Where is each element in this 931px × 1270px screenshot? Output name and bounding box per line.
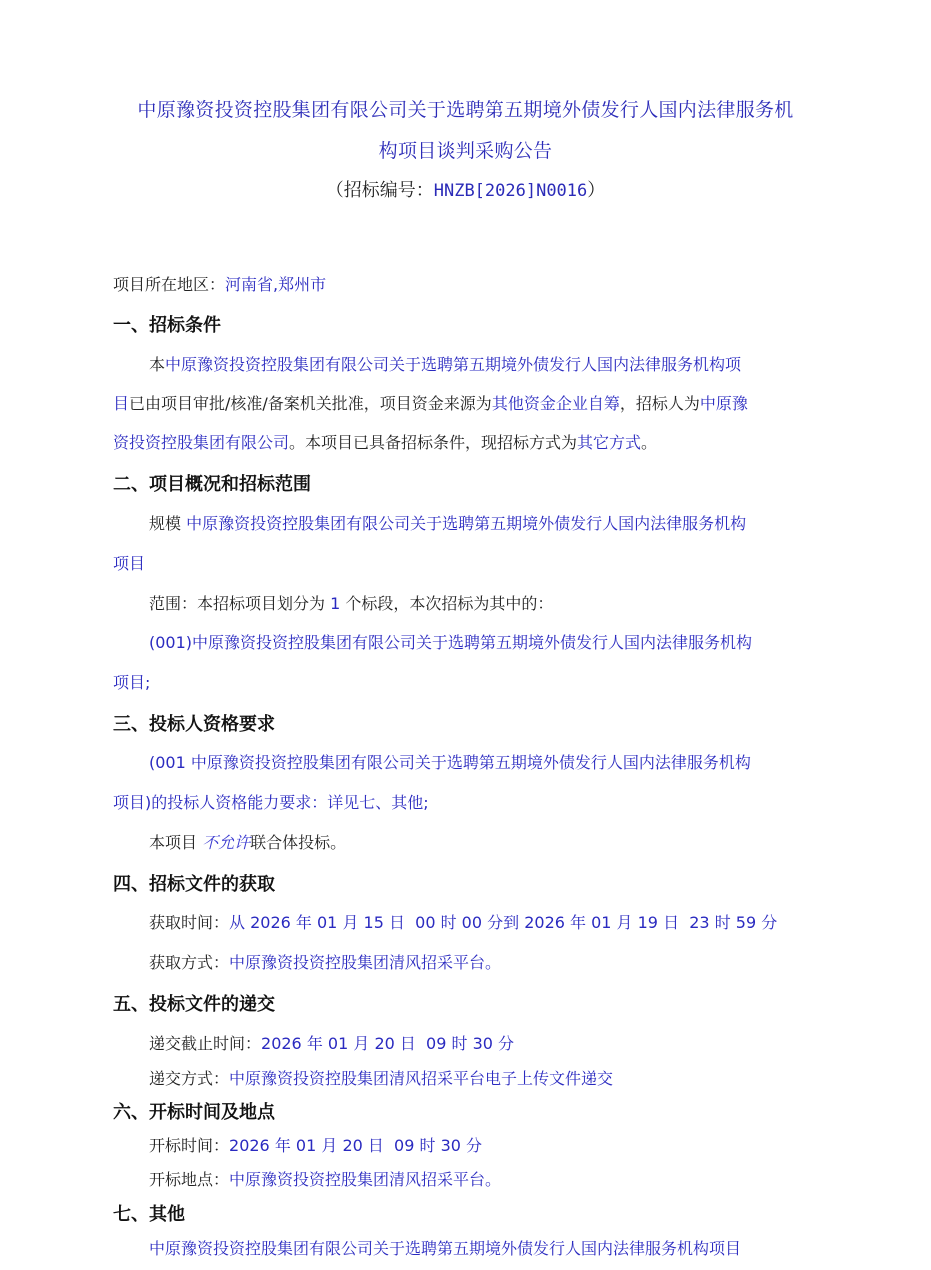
document-title-line-1: 中原豫资投资控股集团有限公司关于选聘第五期境外债发行人国内法律服务机 — [100, 95, 831, 122]
fund-source: 其他资金企业自筹 — [492, 394, 620, 413]
section-heading-7: 七、其他 — [113, 1200, 823, 1226]
project-region: 项目所在地区：河南省,郑州市 — [113, 272, 823, 295]
project-name: 中原豫资投资控股集团有限公司关于选聘第五期境外债发行人国内法律服务机构项 — [165, 355, 741, 374]
text: 本项目 — [149, 833, 197, 852]
submit-method-label: 递交方式： — [149, 1069, 229, 1088]
text: 。 — [641, 433, 657, 452]
text: ，招标人为 — [620, 394, 700, 413]
obtain-time-line: 获取时间：从 2026 年 01 月 15 日 00 时 00 分到 2026 … — [149, 910, 859, 933]
other-info-text: 中原豫资投资控股集团有限公司关于选聘第五期境外债发行人国内法律服务机构项目 — [149, 1236, 859, 1259]
lot-item-cont: 项目; — [113, 670, 823, 693]
opening-place-label: 开标地点： — [149, 1170, 229, 1189]
scale-value-cont: 项目 — [113, 551, 823, 574]
section-1-paragraph-line-3: 资投资控股集团有限公司。本项目已具备招标条件，现招标方式为其它方式。 — [113, 430, 823, 453]
text: 联合体投标。 — [250, 833, 346, 852]
tenderer-name-cont: 资投资控股集团有限公司 — [113, 433, 289, 452]
section-heading-1: 一、招标条件 — [113, 311, 823, 337]
text: 。本项目已具备招标条件，现招标方式为 — [289, 433, 577, 452]
section-heading-5: 五、投标文件的递交 — [113, 990, 823, 1016]
tender-code-suffix: ） — [587, 180, 605, 201]
tender-method: 其它方式 — [577, 433, 641, 452]
opening-time-label: 开标时间： — [149, 1136, 229, 1155]
tender-code-prefix: （招标编号： — [326, 180, 434, 201]
text: 本 — [149, 355, 165, 374]
region-value: 河南省,郑州市 — [225, 275, 326, 294]
obtain-time-label: 获取时间： — [149, 913, 229, 932]
tender-code-line: （招标编号：HNZB[2026]N0016） — [100, 176, 831, 202]
lot-item: (001)中原豫资投资控股集团有限公司关于选聘第五期境外债发行人国内法律服务机构 — [149, 630, 859, 653]
scale-value: 中原豫资投资控股集团有限公司关于选聘第五期境外债发行人国内法律服务机构 — [186, 514, 746, 533]
scale-label: 规模 — [149, 514, 181, 533]
joint-bidding-line: 本项目 不允许联合体投标。 — [149, 830, 859, 853]
section-heading-2: 二、项目概况和招标范围 — [113, 470, 823, 496]
qualification-requirement: (001 中原豫资投资控股集团有限公司关于选聘第五期境外债发行人国内法律服务机构 — [149, 750, 859, 773]
opening-time-line: 开标时间：2026 年 01 月 20 日 09 时 30 分 — [149, 1133, 859, 1156]
submit-method-value: 中原豫资投资控股集团清风招采平台电子上传文件递交 — [229, 1069, 613, 1088]
section-1-paragraph-line-2: 目已由项目审批/核准/备案机关批准，项目资金来源为其他资金企业自筹，招标人为中原… — [113, 391, 823, 414]
obtain-method-label: 获取方式： — [149, 953, 229, 972]
section-1-paragraph-line-1: 本中原豫资投资控股集团有限公司关于选聘第五期境外债发行人国内法律服务机构项 — [149, 352, 859, 375]
region-label: 项目所在地区： — [113, 275, 225, 294]
joint-bidding-status: 不允许 — [202, 833, 250, 852]
qualification-requirement-cont: 项目)的投标人资格能力要求：详见七、其他; — [113, 790, 823, 813]
text: 个标段，本次招标为其中的： — [345, 594, 553, 613]
document-title-line-2: 构项目谈判采购公告 — [100, 136, 831, 163]
submit-deadline-label: 递交截止时间： — [149, 1034, 261, 1053]
lot-count: 1 — [330, 594, 340, 613]
opening-place-line: 开标地点：中原豫资投资控股集团清风招采平台。 — [149, 1167, 859, 1190]
range-line: 范围：本招标项目划分为 1 个标段，本次招标为其中的： — [149, 591, 859, 614]
section-heading-6: 六、开标时间及地点 — [113, 1098, 823, 1124]
tender-code: HNZB[2026]N0016 — [434, 181, 588, 201]
opening-time-value: 2026 年 01 月 20 日 09 时 30 分 — [229, 1136, 482, 1155]
obtain-method-value: 中原豫资投资控股集团清风招采平台。 — [229, 953, 501, 972]
obtain-time-value: 从 2026 年 01 月 15 日 00 时 00 分到 2026 年 01 … — [229, 913, 777, 932]
submit-deadline-value: 2026 年 01 月 20 日 09 时 30 分 — [261, 1034, 514, 1053]
project-name-cont: 目 — [113, 394, 129, 413]
opening-place-value: 中原豫资投资控股集团清风招采平台。 — [229, 1170, 501, 1189]
obtain-method-line: 获取方式：中原豫资投资控股集团清风招采平台。 — [149, 950, 859, 973]
section-heading-4: 四、招标文件的获取 — [113, 870, 823, 896]
submit-deadline-line: 递交截止时间：2026 年 01 月 20 日 09 时 30 分 — [149, 1031, 859, 1054]
scale-line: 规模 中原豫资投资控股集团有限公司关于选聘第五期境外债发行人国内法律服务机构 — [149, 511, 859, 534]
submit-method-line: 递交方式：中原豫资投资控股集团清风招采平台电子上传文件递交 — [149, 1066, 859, 1089]
text: 已由项目审批/核准/备案机关批准，项目资金来源为 — [129, 394, 492, 413]
tenderer-name: 中原豫 — [700, 394, 748, 413]
text: 范围：本招标项目划分为 — [149, 594, 325, 613]
section-heading-3: 三、投标人资格要求 — [113, 710, 823, 736]
